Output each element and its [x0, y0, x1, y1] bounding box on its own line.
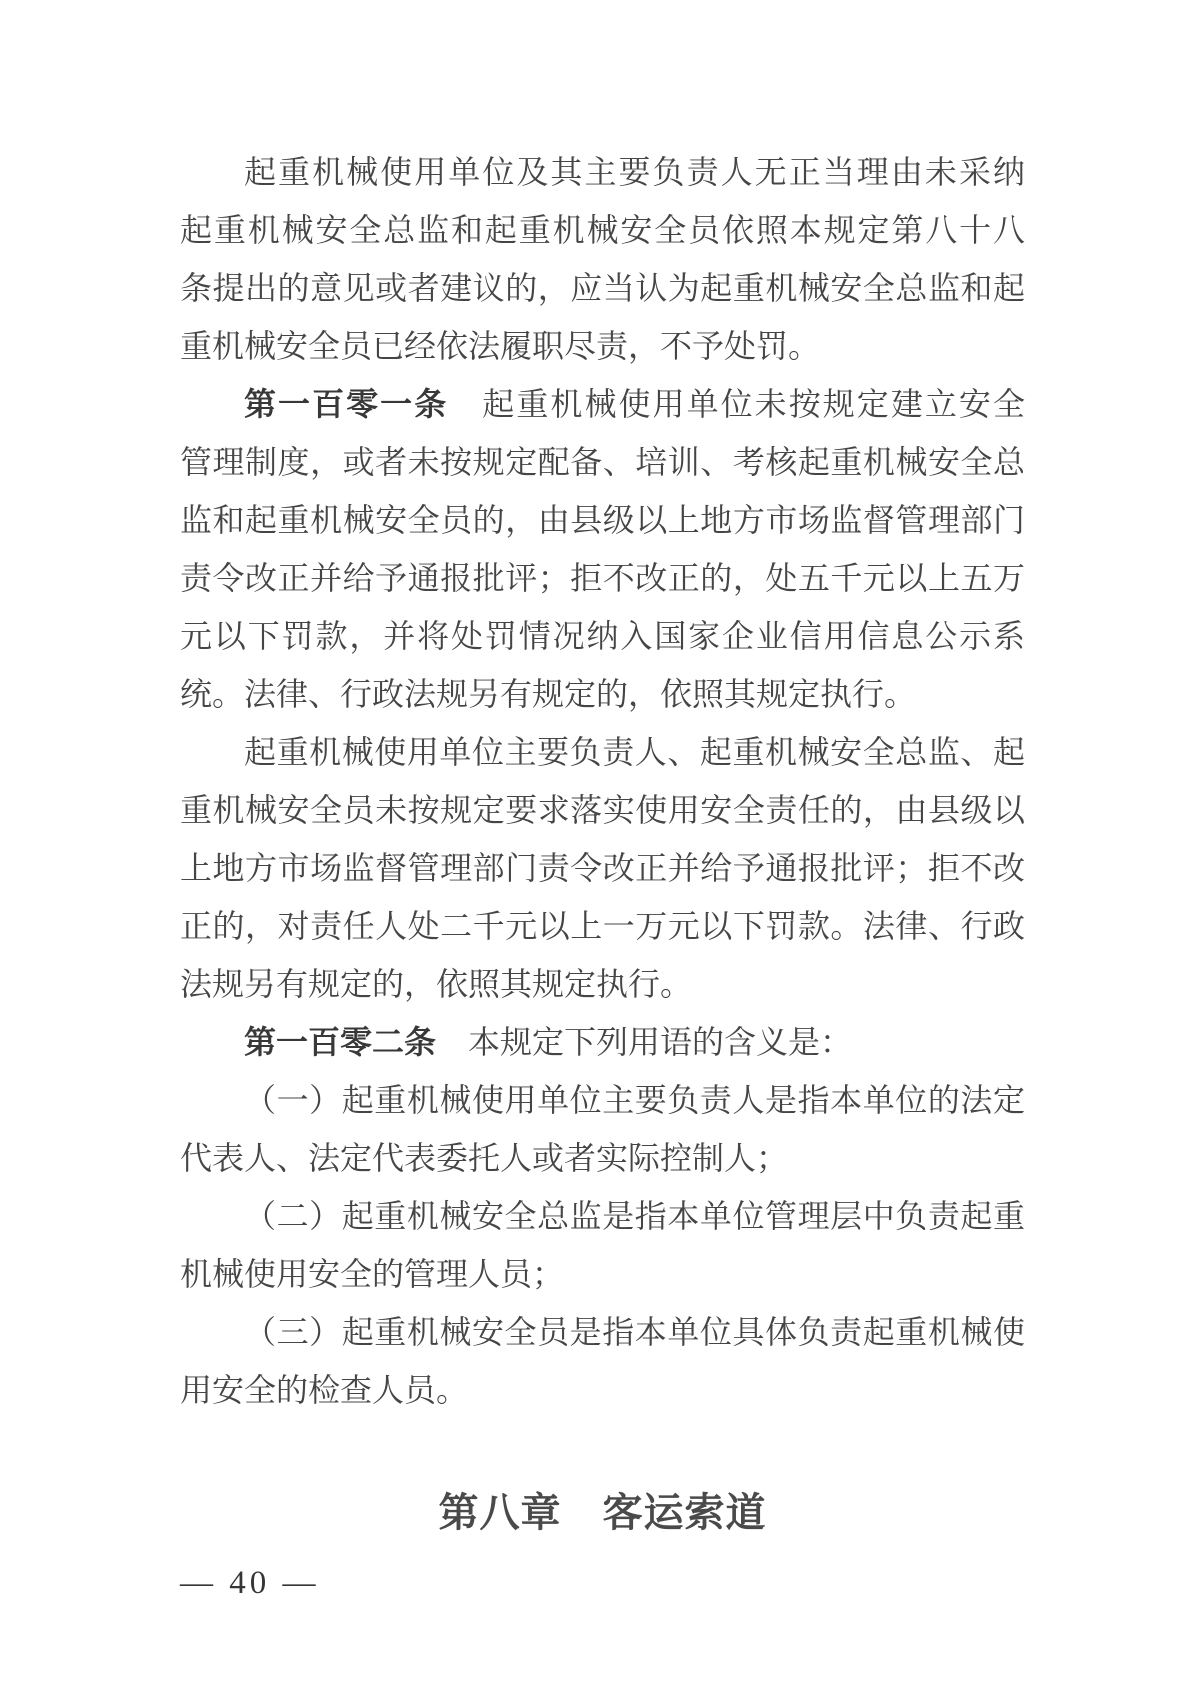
text-line: 正的，对责任人处二千元以上一万元以下罚款。法律、行政 — [180, 897, 1025, 955]
text-line: 代表人、法定代表委托人或者实际控制人； — [180, 1129, 1025, 1187]
article-number-102: 第一百零二条 — [244, 1024, 436, 1060]
document-page: 起重机械使用单位及其主要负责人无正当理由未采纳 起重机械安全总监和起重机械安全员… — [0, 0, 1190, 1683]
chapter-heading: 第八章 客运索道 — [180, 1489, 1025, 1537]
text-line: （一）起重机械使用单位主要负责人是指本单位的法定 — [180, 1071, 1025, 1129]
text-line: 起重机械使用单位主要负责人、起重机械安全总监、起 — [180, 723, 1025, 781]
text-line: （二）起重机械安全总监是指本单位管理层中负责起重 — [180, 1187, 1025, 1245]
text-line: （三）起重机械安全员是指本单位具体负责起重机械使 — [180, 1303, 1025, 1361]
text-line: 责令改正并给予通报批评；拒不改正的，处五千元以上五万 — [180, 549, 1025, 607]
page-number: — 40 — — [180, 1563, 1025, 1603]
text-line: 管理制度，或者未按规定配备、培训、考核起重机械安全总 — [180, 433, 1025, 491]
text-line: 起重机械安全总监和起重机械安全员依照本规定第八十八 — [180, 201, 1025, 259]
text-line: 第一百零一条 起重机械使用单位未按规定建立安全 — [180, 375, 1025, 433]
text-line: 条提出的意见或者建议的，应当认为起重机械安全总监和起 — [180, 259, 1025, 317]
text-line: 法规另有规定的，依照其规定执行。 — [180, 955, 1025, 1013]
article-number-101: 第一百零一条 — [244, 386, 448, 422]
text-line: 上地方市场监督管理部门责令改正并给予通报批评；拒不改 — [180, 839, 1025, 897]
text-line: 机械使用安全的管理人员； — [180, 1245, 1025, 1303]
text-line: 统。法律、行政法规另有规定的，依照其规定执行。 — [180, 665, 1025, 723]
text-line: 第一百零二条 本规定下列用语的含义是： — [180, 1013, 1025, 1071]
article-text: 起重机械使用单位未按规定建立安全 — [448, 386, 1025, 422]
text-line: 重机械安全员未按规定要求落实使用安全责任的，由县级以 — [180, 781, 1025, 839]
text-line: 用安全的检查人员。 — [180, 1361, 1025, 1419]
text-line: 重机械安全员已经依法履职尽责，不予处罚。 — [180, 317, 1025, 375]
text-line: 元以下罚款，并将处罚情况纳入国家企业信用信息公示系 — [180, 607, 1025, 665]
text-line: 起重机械使用单位及其主要负责人无正当理由未采纳 — [180, 143, 1025, 201]
document-body: 起重机械使用单位及其主要负责人无正当理由未采纳 起重机械安全总监和起重机械安全员… — [180, 143, 1025, 1603]
article-text: 本规定下列用语的含义是： — [436, 1024, 852, 1060]
text-line: 监和起重机械安全员的，由县级以上地方市场监督管理部门 — [180, 491, 1025, 549]
